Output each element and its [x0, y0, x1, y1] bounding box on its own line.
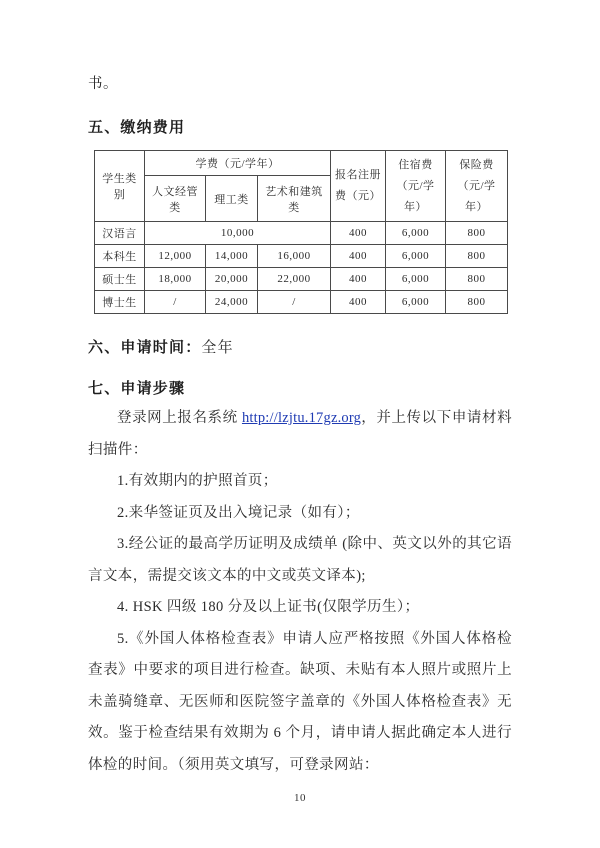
cell-insurance: 800	[446, 291, 508, 314]
cell-tuition-science: 20,000	[206, 268, 258, 291]
cell-category: 博士生	[95, 291, 145, 314]
table-row-doctoral: 博士生 / 24,000 / 400 6,000 800	[95, 291, 508, 314]
page-number: 10	[0, 792, 600, 804]
cell-accommodation: 6,000	[386, 222, 446, 245]
section-time-label: 六、申请时间：	[88, 340, 201, 356]
steps-content: 登录网上报名系统 http://lzjtu.17gz.org，并上传以下申请材料…	[88, 403, 512, 781]
section-time-value: 全年	[201, 340, 233, 356]
steps-intro-before-link: 登录网上报名系统	[117, 410, 242, 426]
cell-accommodation: 6,000	[386, 245, 446, 268]
cell-category: 汉语言	[95, 222, 145, 245]
step-item-2: 2.来华签证页及出入境记录（如有）；	[88, 498, 512, 530]
cell-registration: 400	[331, 222, 386, 245]
cell-insurance: 800	[446, 245, 508, 268]
cell-registration: 400	[331, 268, 386, 291]
cell-tuition-humanities: /	[145, 291, 206, 314]
table-row-chinese-language: 汉语言 10,000 400 6,000 800	[95, 222, 508, 245]
table-row-master: 硕士生 18,000 20,000 22,000 400 6,000 800	[95, 268, 508, 291]
cell-accommodation: 6,000	[386, 291, 446, 314]
step-item-1: 1.有效期内的护照首页；	[88, 466, 512, 498]
cell-tuition-merged: 10,000	[145, 222, 331, 245]
step-item-3: 3.经公证的最高学历证明及成绩单 (除中、英文以外的其它语言文本，需提交该文本的…	[88, 529, 512, 592]
cell-tuition-art: 22,000	[258, 268, 331, 291]
cell-registration: 400	[331, 245, 386, 268]
cell-accommodation: 6,000	[386, 268, 446, 291]
cell-tuition-science: 14,000	[206, 245, 258, 268]
cell-tuition-art: 16,000	[258, 245, 331, 268]
column-header-tuition-humanities: 人文经管类	[145, 176, 206, 222]
document-page: 书。 五、缴纳费用 学生类别 学费（元/学年） 报名注册 费（元） 住宿费 （元…	[0, 0, 600, 848]
step-item-4: 4. HSK 四级 180 分及以上证书(仅限学历生）；	[88, 592, 512, 624]
section-heading-time: 六、申请时间：全年	[88, 340, 512, 357]
column-header-accommodation-fee: 住宿费 （元/学 年）	[386, 151, 446, 222]
cell-tuition-humanities: 12,000	[145, 245, 206, 268]
cell-category: 本科生	[95, 245, 145, 268]
column-header-insurance-fee: 保险费 （元/学 年）	[446, 151, 508, 222]
table-header-row-top: 学生类别 学费（元/学年） 报名注册 费（元） 住宿费 （元/学 年） 保险费 …	[95, 151, 508, 176]
column-header-registration-fee: 报名注册 费（元）	[331, 151, 386, 222]
column-header-student-type: 学生类别	[95, 151, 145, 222]
cell-registration: 400	[331, 291, 386, 314]
step-item-5: 5.《外国人体格检查表》申请人应严格按照《外国人体格检查表》中要求的项目进行检查…	[88, 624, 512, 782]
cell-tuition-humanities: 18,000	[145, 268, 206, 291]
cell-category: 硕士生	[95, 268, 145, 291]
application-system-link[interactable]: http://lzjtu.17gz.org	[242, 410, 361, 426]
cell-tuition-art: /	[258, 291, 331, 314]
cell-insurance: 800	[446, 268, 508, 291]
fee-table: 学生类别 学费（元/学年） 报名注册 费（元） 住宿费 （元/学 年） 保险费 …	[94, 150, 508, 314]
column-header-tuition-art: 艺术和建筑类	[258, 176, 331, 222]
column-header-tuition-science: 理工类	[206, 176, 258, 222]
column-header-tuition-group: 学费（元/学年）	[145, 151, 331, 176]
steps-intro: 登录网上报名系统 http://lzjtu.17gz.org，并上传以下申请材料…	[88, 403, 512, 466]
cell-insurance: 800	[446, 222, 508, 245]
cell-tuition-science: 24,000	[206, 291, 258, 314]
section-heading-steps: 七、申请步骤	[88, 381, 512, 398]
paragraph-fragment: 书。	[88, 74, 512, 94]
table-row-undergraduate: 本科生 12,000 14,000 16,000 400 6,000 800	[95, 245, 508, 268]
section-heading-fees: 五、缴纳费用	[88, 120, 512, 137]
